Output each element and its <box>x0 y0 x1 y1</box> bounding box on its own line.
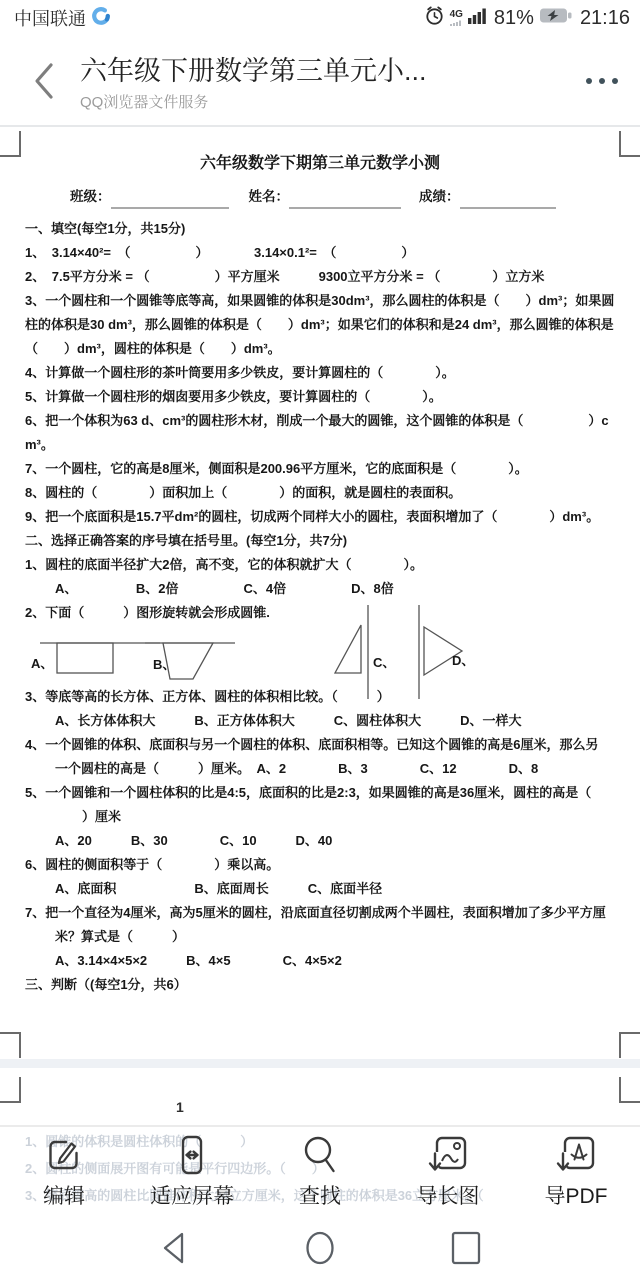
sim2-signal-icon <box>450 20 462 26</box>
doc-line: 9、把一个底面积是15.7平dm²的圆柱，切成两个同样大小的圆柱，表面积增加了（… <box>25 505 615 529</box>
test-title: 六年级数学下期第三单元数学小测 <box>25 153 615 175</box>
export-pdf-button[interactable]: 导PDF <box>512 1127 640 1215</box>
doc-line: 三、判断（(每空1分，共6） <box>25 973 615 997</box>
doc-line: 6、圆柱的侧面积等于（ ）乘以高。 <box>25 853 615 877</box>
doc-line: 一个圆柱的高是（ ）厘米。 A、2 B、3 C、12 D、8 <box>25 757 615 781</box>
nav-back-triangle-icon <box>159 1231 189 1265</box>
doc-line: 一、填空(每空1分，共15分) <box>25 217 615 241</box>
doc-line: 1、 3.14×40²= （ ） 3.14×0.1²= （ ） <box>25 241 615 265</box>
fit-screen-icon <box>170 1133 214 1177</box>
nav-home-button[interactable] <box>302 1230 338 1266</box>
edit-pencil-icon <box>42 1133 86 1177</box>
dot-icon <box>612 78 618 84</box>
battery-percent-label: 81% <box>494 7 534 30</box>
battery-charging-icon <box>539 7 573 29</box>
export-long-image-label: 导长图 <box>417 1180 480 1210</box>
export-long-image-button[interactable]: 导长图 <box>384 1127 512 1215</box>
doc-line: 米？算式是（ ） <box>25 925 615 949</box>
signal-bars-icon <box>468 7 489 29</box>
file-source-label: QQ浏览器文件服务 <box>80 91 582 112</box>
page-number: 1 <box>176 1099 184 1115</box>
find-label: 查找 <box>299 1180 341 1210</box>
find-button[interactable]: 查找 <box>256 1127 384 1215</box>
doc-lines-bottom: 3、等底等高的长方体、正方体、圆柱的体积相比较。（ ）A、长方体体积大 B、正方… <box>25 685 615 997</box>
nav-recents-square-icon <box>450 1230 482 1266</box>
shape-label-d: D、 <box>452 653 474 668</box>
alarm-icon <box>424 5 445 31</box>
class-label: 班级： <box>70 185 111 209</box>
search-icon <box>298 1133 342 1177</box>
page-corner-mark <box>0 131 21 157</box>
doc-line: 柱的体积是30 dm³，那么圆锥的体积是（ ）dm³；如果它们的体积和是24 d… <box>25 313 615 337</box>
name-blank-underline <box>289 193 401 209</box>
export-pdf-label: 导PDF <box>545 1180 608 1210</box>
shape-label-a: A、 <box>31 656 53 671</box>
doc-line: 5、计算做一个圆柱形的烟囱要用多少铁皮，要计算圆柱的（ ）。 <box>25 385 615 409</box>
app-header: 六年级下册数学第三单元小... QQ浏览器文件服务 <box>0 36 640 127</box>
doc-line: A、 B、2倍 C、4倍 D、8倍 <box>25 577 615 601</box>
name-label: 姓名： <box>249 185 290 209</box>
nav-home-circle-icon <box>304 1230 336 1266</box>
nav-back-button[interactable] <box>156 1230 192 1266</box>
doc-line: （ ）dm³，圆柱的体积是（ ）dm³。 <box>25 337 615 361</box>
doc-line: 7、把一个直径为4厘米，高为5厘米的圆柱，沿底面直径切割成两个半圆柱，表面积增加… <box>25 901 615 925</box>
doc-line: 1、圆柱的底面半径扩大2倍，高不变，它的体积就扩大（ ）。 <box>25 553 615 577</box>
doc-line: 4、一个圆锥的体积、底面积与另一个圆柱的体积、底面积相等。已知这个圆锥的高是6厘… <box>25 733 615 757</box>
doc-line: A、20 B、30 C、10 D、40 <box>25 829 615 853</box>
back-button[interactable] <box>30 57 66 105</box>
more-menu-button[interactable] <box>582 68 622 94</box>
name-fields-row: 班级： 姓名： 成绩： <box>70 185 615 209</box>
doc-line: 4、计算做一个圆柱形的茶叶筒要用多少铁皮，要计算圆柱的（ ）。 <box>25 361 615 385</box>
chevron-left-icon <box>30 60 56 102</box>
doc-line: m³。 <box>25 433 615 457</box>
doc-lines-top: 一、填空(每空1分，共15分)1、 3.14×40²= （ ） 3.14×0.1… <box>25 217 615 625</box>
network-type-indicator: 4G <box>450 10 463 26</box>
doc-line: 8、圆柱的（ ）面积加上（ ）的面积，就是圆柱的表面积。 <box>25 481 615 505</box>
file-title: 六年级下册数学第三单元小... <box>80 49 582 88</box>
score-label: 成绩： <box>419 185 460 209</box>
doc-line: ）厘米 <box>25 805 615 829</box>
dot-icon <box>599 78 605 84</box>
doc-line: A、3.14×4×5×2 B、4×5 C、4×5×2 <box>25 949 615 973</box>
nav-recents-button[interactable] <box>448 1230 484 1266</box>
doc-line: 二、选择正确答案的序号填在括号里。(每空1分，共7分) <box>25 529 615 553</box>
carrier-swirl-icon <box>91 6 111 31</box>
clock-label: 21:16 <box>580 7 630 30</box>
shape-label-c: C、 <box>373 655 395 670</box>
status-bar: 中国联通 4G <box>0 0 640 36</box>
doc-line: 3、等底等高的长方体、正方体、圆柱的体积相比较。（ ） <box>25 685 615 709</box>
export-pdf-icon <box>554 1133 598 1177</box>
page-corner-mark <box>0 1032 21 1058</box>
edit-button[interactable]: 编辑 <box>0 1127 128 1215</box>
fit-screen-button[interactable]: 适应屏幕 <box>128 1127 256 1215</box>
bottom-toolbar: 1、圆锥的体积是圆柱体积的（ ）2、圆柱的侧面展开图有可能是平行四边形。（ ）3… <box>0 1125 640 1215</box>
doc-line: 2、下面（ ）图形旋转就会形成圆锥. <box>25 601 615 625</box>
fit-screen-label: 适应屏幕 <box>150 1180 234 1210</box>
class-blank-underline <box>111 193 229 209</box>
doc-line: 6、把一个体积为63 d、cm³的圆柱形木材，削成一个最大的圆锥，这个圆锥的体积… <box>25 409 615 433</box>
doc-line: 2、 7.5平方分米 = （ ）平方厘米 9300立平方分米 = （ ）立方米 <box>25 265 615 289</box>
score-blank-underline <box>460 193 556 209</box>
export-image-icon <box>426 1133 470 1177</box>
document-page-1: 六年级数学下期第三单元数学小测 班级： 姓名： 成绩： 一、填空(每空1分，共1… <box>0 127 640 997</box>
document-viewer[interactable]: 六年级数学下期第三单元数学小测 班级： 姓名： 成绩： 一、填空(每空1分，共1… <box>0 127 640 1125</box>
page-corner-mark <box>619 1032 640 1058</box>
android-nav-bar <box>0 1215 640 1280</box>
shape-label-b: B、 <box>153 657 175 672</box>
doc-line: A、长方体体积大 B、正方体体积大 C、圆柱体积大 D、一样大 <box>25 709 615 733</box>
doc-line: 5、一个圆锥和一个圆柱体积的比是4:5，底面积的比是2:3，如果圆锥的高是36厘… <box>25 781 615 805</box>
rotation-shapes-figure: A、 B、 C、 D、 <box>25 627 615 685</box>
doc-line: 3、一个圆柱和一个圆锥等底等高，如果圆锥的体积是30dm³，那么圆柱的体积是（ … <box>25 289 615 313</box>
doc-line: 7、一个圆柱，它的高是8厘米，侧面积是200.96平方厘米，它的底面积是（ ）。 <box>25 457 615 481</box>
page-corner-mark <box>619 1077 640 1103</box>
page-corner-mark <box>0 1077 21 1103</box>
page-corner-mark <box>619 131 640 157</box>
dot-icon <box>586 78 592 84</box>
edit-label: 编辑 <box>43 1180 85 1210</box>
page-separator <box>0 1059 640 1068</box>
carrier-label: 中国联通 <box>14 5 86 31</box>
doc-line: A、底面积 B、底面周长 C、底面半径 <box>25 877 615 901</box>
